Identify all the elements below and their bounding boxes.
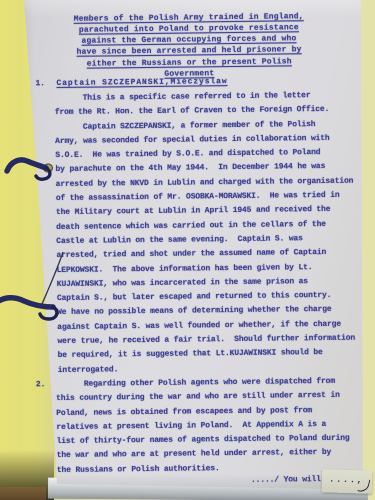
section-1-body: This is a specific case referred to in t…	[55, 89, 356, 378]
document-title: Members of the Polish Army trained in En…	[48, 11, 331, 81]
photo-of-typed-document: ...., Members of the Polish Army trained…	[0, 0, 375, 500]
section-1-heading: Captain SZCZEPANSKI,Mieczyslaw	[56, 75, 227, 91]
section-2-body: Regarding other Polish agents who were d…	[56, 375, 350, 478]
typed-content: Members of the Polish Army trained in En…	[0, 0, 375, 500]
continuation-note: ...../ You will	[251, 473, 321, 488]
pen-squiggle-mark	[357, 477, 370, 493]
section-2-number: 2.	[36, 378, 45, 392]
underlying-page-corner: ....,	[322, 469, 373, 493]
section-1-number: 1.	[35, 77, 44, 91]
